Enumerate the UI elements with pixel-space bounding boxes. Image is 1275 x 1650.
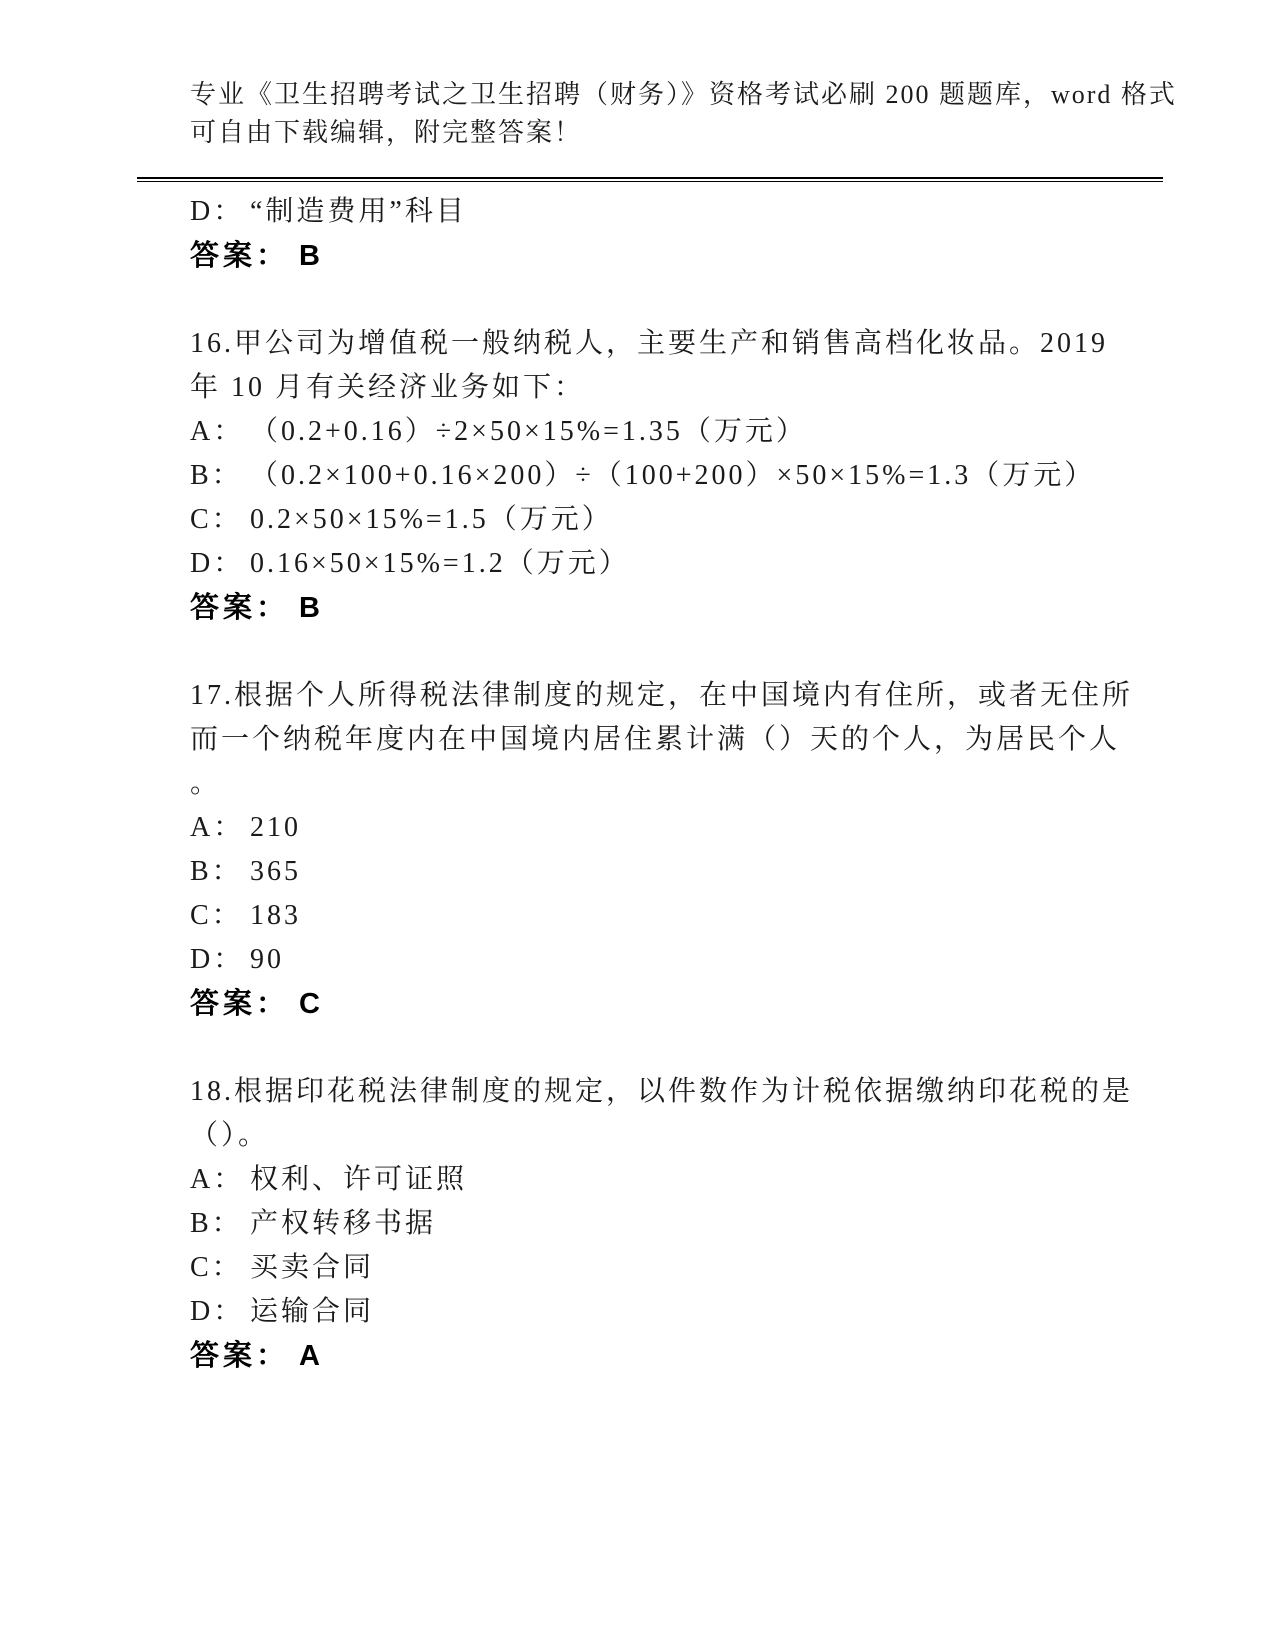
option-label: C： xyxy=(190,1246,250,1290)
option-label: A： xyxy=(190,410,250,454)
option-label: A： xyxy=(190,806,250,850)
question-text: 17.根据个人所得税法律制度的规定，在中国境内有住所，或者无住所而一个纳税年度内… xyxy=(190,674,1115,806)
answer-value: A xyxy=(299,1340,324,1372)
option-text: （0.2×100+0.16×200）÷（100+200）×50×15%=1.3（… xyxy=(250,460,1095,491)
option-text: 183 xyxy=(250,900,301,931)
question-text-line: 16.甲公司为增值税一般纳税人，主要生产和销售高档化妆品。2019 xyxy=(190,322,1115,366)
answer-label: 答案： xyxy=(190,592,289,624)
option-text: 365 xyxy=(250,856,301,887)
question-text-line: 而一个纳税年度内在中国境内居住累计满（）天的个人，为居民个人 xyxy=(190,718,1115,762)
header-line-1: 专业《卫生招聘考试之卫生招聘（财务）》资格考试必刷 200 题题库，word 格… xyxy=(190,76,1130,114)
answer-row: 答案：A xyxy=(190,1334,1115,1378)
option-text: 0.16×50×15%=1.2（万元） xyxy=(250,548,630,579)
option-text: 产权转移书据 xyxy=(250,1208,436,1239)
answer-label: 答案： xyxy=(190,240,289,272)
option-row: D：0.16×50×15%=1.2（万元） xyxy=(190,542,1115,586)
option-row: B：365 xyxy=(190,850,1115,894)
option-row: D：“制造费用”科目 xyxy=(190,190,1115,234)
questions-area: D：“制造费用”科目 答案：B 16.甲公司为增值税一般纳税人，主要生产和销售高… xyxy=(190,190,1115,1378)
header-line-2: 可自由下载编辑，附完整答案！ xyxy=(190,114,1130,152)
option-label: B： xyxy=(190,454,250,498)
question-block: D：“制造费用”科目 答案：B xyxy=(190,190,1115,278)
answer-value: C xyxy=(299,988,324,1020)
option-row: C：183 xyxy=(190,894,1115,938)
answer-row: 答案：C xyxy=(190,982,1115,1026)
option-text: 0.2×50×15%=1.5（万元） xyxy=(250,504,613,535)
option-row: B：产权转移书据 xyxy=(190,1202,1115,1246)
option-label: D： xyxy=(190,542,250,586)
question-options: A：（0.2+0.16）÷2×50×15%=1.35（万元）B：（0.2×100… xyxy=(190,410,1115,586)
document-header: 专业《卫生招聘考试之卫生招聘（财务）》资格考试必刷 200 题题库，word 格… xyxy=(190,76,1130,152)
option-label: D： xyxy=(190,938,250,982)
question-text: 18.根据印花税法律制度的规定，以件数作为计税依据缴纳印花税的是（）。 xyxy=(190,1070,1115,1158)
option-row: A：210 xyxy=(190,806,1115,850)
question-text-line: 17.根据个人所得税法律制度的规定，在中国境内有住所，或者无住所 xyxy=(190,674,1115,718)
option-text: 90 xyxy=(250,944,284,975)
option-text: 运输合同 xyxy=(250,1296,374,1327)
question-text-line: 年 10 月有关经济业务如下： xyxy=(190,366,1115,410)
answer-row: 答案：B xyxy=(190,586,1115,630)
option-text: 210 xyxy=(250,812,301,843)
answer-value: B xyxy=(299,240,324,272)
question-options: A：权利、许可证照B：产权转移书据C：买卖合同D：运输合同 xyxy=(190,1158,1115,1334)
option-text: “制造费用”科目 xyxy=(250,196,467,227)
answer-row: 答案：B xyxy=(190,234,1115,278)
question-block: 16.甲公司为增值税一般纳税人，主要生产和销售高档化妆品。2019年 10 月有… xyxy=(190,322,1115,630)
option-row: D：90 xyxy=(190,938,1115,982)
option-text: 权利、许可证照 xyxy=(250,1164,467,1195)
option-row: C：买卖合同 xyxy=(190,1246,1115,1290)
document-page: 专业《卫生招聘考试之卫生招聘（财务）》资格考试必刷 200 题题库，word 格… xyxy=(0,0,1275,1650)
option-text: 买卖合同 xyxy=(250,1252,374,1283)
option-row: A：权利、许可证照 xyxy=(190,1158,1115,1202)
question-text-line: 18.根据印花税法律制度的规定，以件数作为计税依据缴纳印花税的是 xyxy=(190,1070,1115,1114)
option-row: D：运输合同 xyxy=(190,1290,1115,1334)
question-options: D：“制造费用”科目 xyxy=(190,190,1115,234)
question-text-line: （）。 xyxy=(190,1114,1115,1158)
option-label: A： xyxy=(190,1158,250,1202)
answer-label: 答案： xyxy=(190,1340,289,1372)
header-divider xyxy=(137,177,1163,182)
question-block: 17.根据个人所得税法律制度的规定，在中国境内有住所，或者无住所而一个纳税年度内… xyxy=(190,674,1115,1026)
option-label: B： xyxy=(190,1202,250,1246)
option-row: B：（0.2×100+0.16×200）÷（100+200）×50×15%=1.… xyxy=(190,454,1115,498)
option-label: C： xyxy=(190,498,250,542)
answer-value: B xyxy=(299,592,324,624)
question-block: 18.根据印花税法律制度的规定，以件数作为计税依据缴纳印花税的是（）。 A：权利… xyxy=(190,1070,1115,1378)
question-options: A：210B：365C：183D：90 xyxy=(190,806,1115,982)
option-label: D： xyxy=(190,1290,250,1334)
option-label: D： xyxy=(190,190,250,234)
option-row: A：（0.2+0.16）÷2×50×15%=1.35（万元） xyxy=(190,410,1115,454)
answer-label: 答案： xyxy=(190,988,289,1020)
option-text: （0.2+0.16）÷2×50×15%=1.35（万元） xyxy=(250,416,807,447)
option-label: C： xyxy=(190,894,250,938)
option-label: B： xyxy=(190,850,250,894)
option-row: C：0.2×50×15%=1.5（万元） xyxy=(190,498,1115,542)
question-text: 16.甲公司为增值税一般纳税人，主要生产和销售高档化妆品。2019年 10 月有… xyxy=(190,322,1115,410)
question-text-line: 。 xyxy=(190,762,1115,806)
